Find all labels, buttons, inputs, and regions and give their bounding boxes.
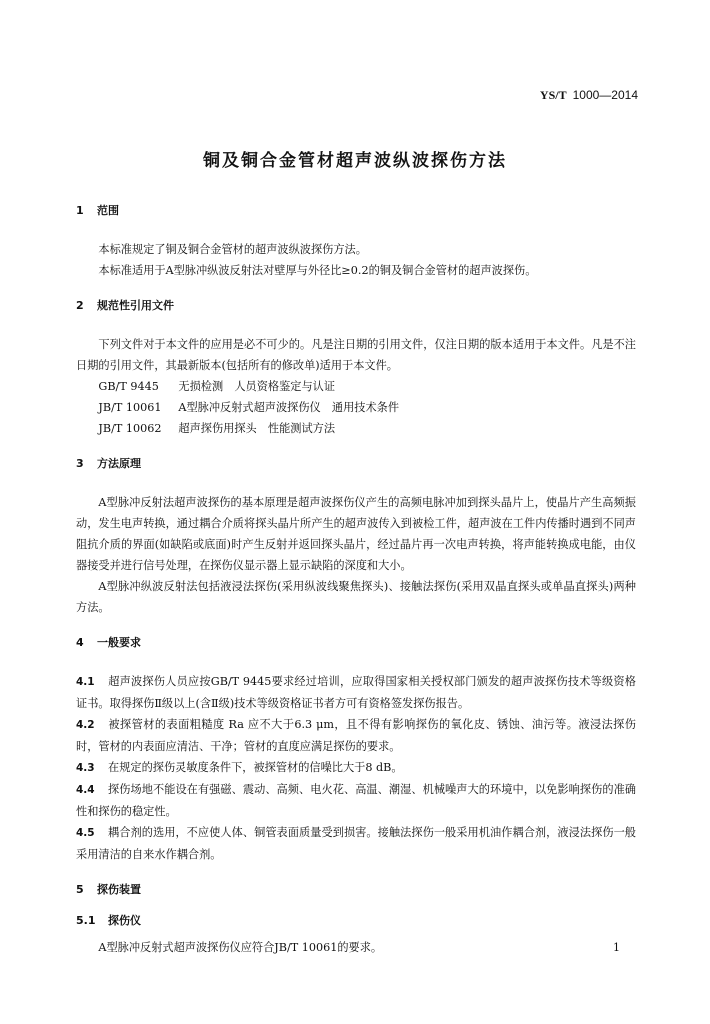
section-1-heading: 1范围 <box>76 200 636 221</box>
reference-item: JB/T 10061A型脉冲反射式超声波探伤仪 通用技术条件 <box>76 397 636 418</box>
section-3-para-2: A型脉冲纵波反射法包括液浸法探伤(采用纵波线聚焦探头)、接触法探伤(采用双晶直探… <box>76 576 636 618</box>
clause-4-3: 4.3在规定的探伤灵敏度条件下，被探管材的信噪比大于8 dB。 <box>76 757 636 779</box>
standard-number: 1000—2014 <box>573 88 638 102</box>
clause-4-5: 4.5耦合剂的选用，不应使人体、铜管表面质量受到损害。接触法探伤一般采用机油作耦… <box>76 822 636 865</box>
standard-prefix: YS/T <box>540 88 567 102</box>
section-1-para-2: 本标准适用于A型脉冲纵波反射法对壁厚与外径比≥0.2的铜及铜合金管材的超声波探伤… <box>76 260 636 281</box>
page-number: 1 <box>613 941 620 954</box>
section-5-heading: 5探伤装置 <box>76 879 636 900</box>
section-4-heading: 4一般要求 <box>76 632 636 653</box>
reference-item: GB/T 9445无损检测 人员资格鉴定与认证 <box>76 376 636 397</box>
clause-4-4: 4.4探伤场地不能设在有强磁、震动、高频、电火花、高温、潮湿、机械噪声大的环境中… <box>76 779 636 822</box>
section-5-1-para: A型脉冲反射式超声波探伤仪应符合JB/T 10061的要求。 <box>76 937 636 958</box>
section-2-heading: 2规范性引用文件 <box>76 295 636 316</box>
document-body: 1范围 本标准规定了铜及铜合金管材的超声波纵波探伤方法。 本标准适用于A型脉冲纵… <box>76 200 636 958</box>
section-1-para-1: 本标准规定了铜及铜合金管材的超声波纵波探伤方法。 <box>76 239 636 260</box>
clause-4-2: 4.2被探管材的表面粗糙度 Ra 应不大于6.3 μm，且不得有影响探伤的氧化皮… <box>76 714 636 757</box>
clause-4-1: 4.1超声波探伤人员应按GB/T 9445要求经过培训，应取得国家相关授权部门颁… <box>76 671 636 714</box>
section-2-intro: 下列文件对于本文件的应用是必不可少的。凡是注日期的引用文件，仅注日期的版本适用于… <box>76 334 636 376</box>
section-5-1-heading: 5.1探伤仪 <box>76 910 636 931</box>
section-3-heading: 3方法原理 <box>76 453 636 474</box>
section-3-para-1: A型脉冲反射法超声波探伤的基本原理是超声波探伤仪产生的高频电脉冲加到探头晶片上，… <box>76 492 636 576</box>
standard-code: YS/T1000—2014 <box>540 88 638 103</box>
reference-item: JB/T 10062超声探伤用探头 性能测试方法 <box>76 418 636 439</box>
document-title: 铜及铜合金管材超声波纵波探伤方法 <box>0 146 710 171</box>
